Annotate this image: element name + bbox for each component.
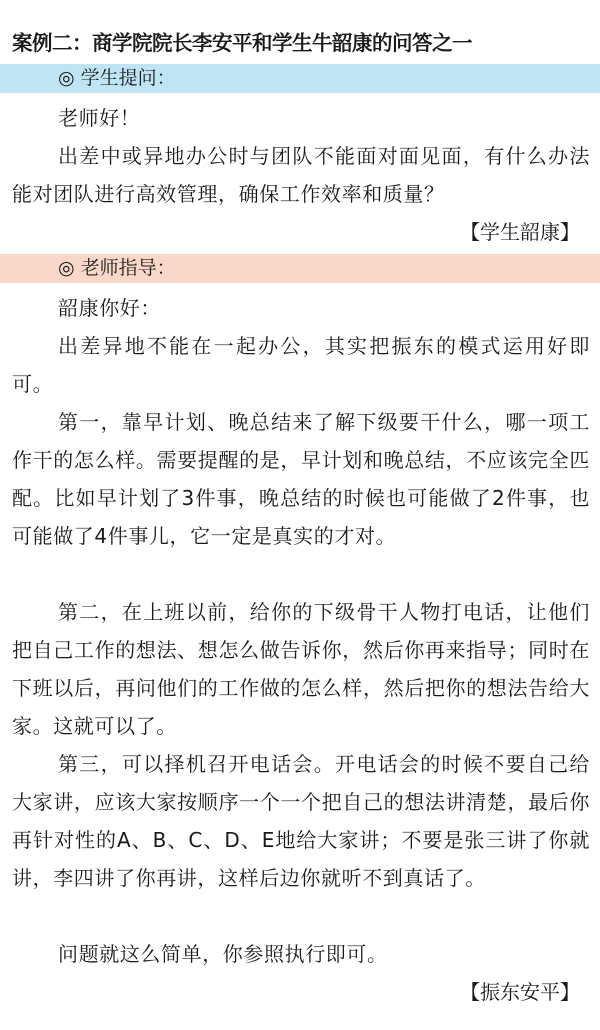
teacher-guidance-heading: ◎ 老师指导： — [58, 254, 176, 283]
teacher-guidance-band: ◎ 老师指导： — [0, 254, 600, 283]
teacher-point-two: 第二，在上班以前，给你的下级骨干人物打电话，让他们把自己工作的想法、想怎么做告诉… — [12, 593, 590, 745]
student-signature: 【学生韶康】 — [460, 213, 580, 251]
teacher-intro-paragraph: 出差异地不能在一起办公，其实把振东的模式运用好即可。 — [12, 327, 590, 403]
document-title: 案例二：商学院院长李安平和学生牛韶康的问答之一 — [12, 28, 600, 58]
document-page: 案例二：商学院院长李安平和学生牛韶康的问答之一 ◎ 学生提问： 老师好！ 出差中… — [0, 0, 600, 1030]
teacher-signature: 【振东安平】 — [460, 973, 580, 1011]
teacher-point-one: 第一，靠早计划、晚总结来了解下级要干什么，哪一项工作干的怎么样。需要提醒的是，早… — [12, 403, 590, 555]
student-greeting: 老师好！ — [12, 99, 590, 137]
teacher-greeting: 韶康你好： — [12, 289, 590, 327]
teacher-conclusion: 问题就这么简单，你参照执行即可。 — [12, 935, 590, 973]
student-question-text: 出差中或异地办公时与团队不能面对面见面，有什么办法能对团队进行高效管理，确保工作… — [12, 137, 590, 213]
teacher-point-three: 第三，可以择机召开电话会。开电话会的时候不要自己给大家讲，应该大家按顺序一个一个… — [12, 745, 590, 897]
student-question-heading: ◎ 学生提问： — [58, 64, 176, 93]
student-question-band: ◎ 学生提问： — [0, 64, 600, 93]
